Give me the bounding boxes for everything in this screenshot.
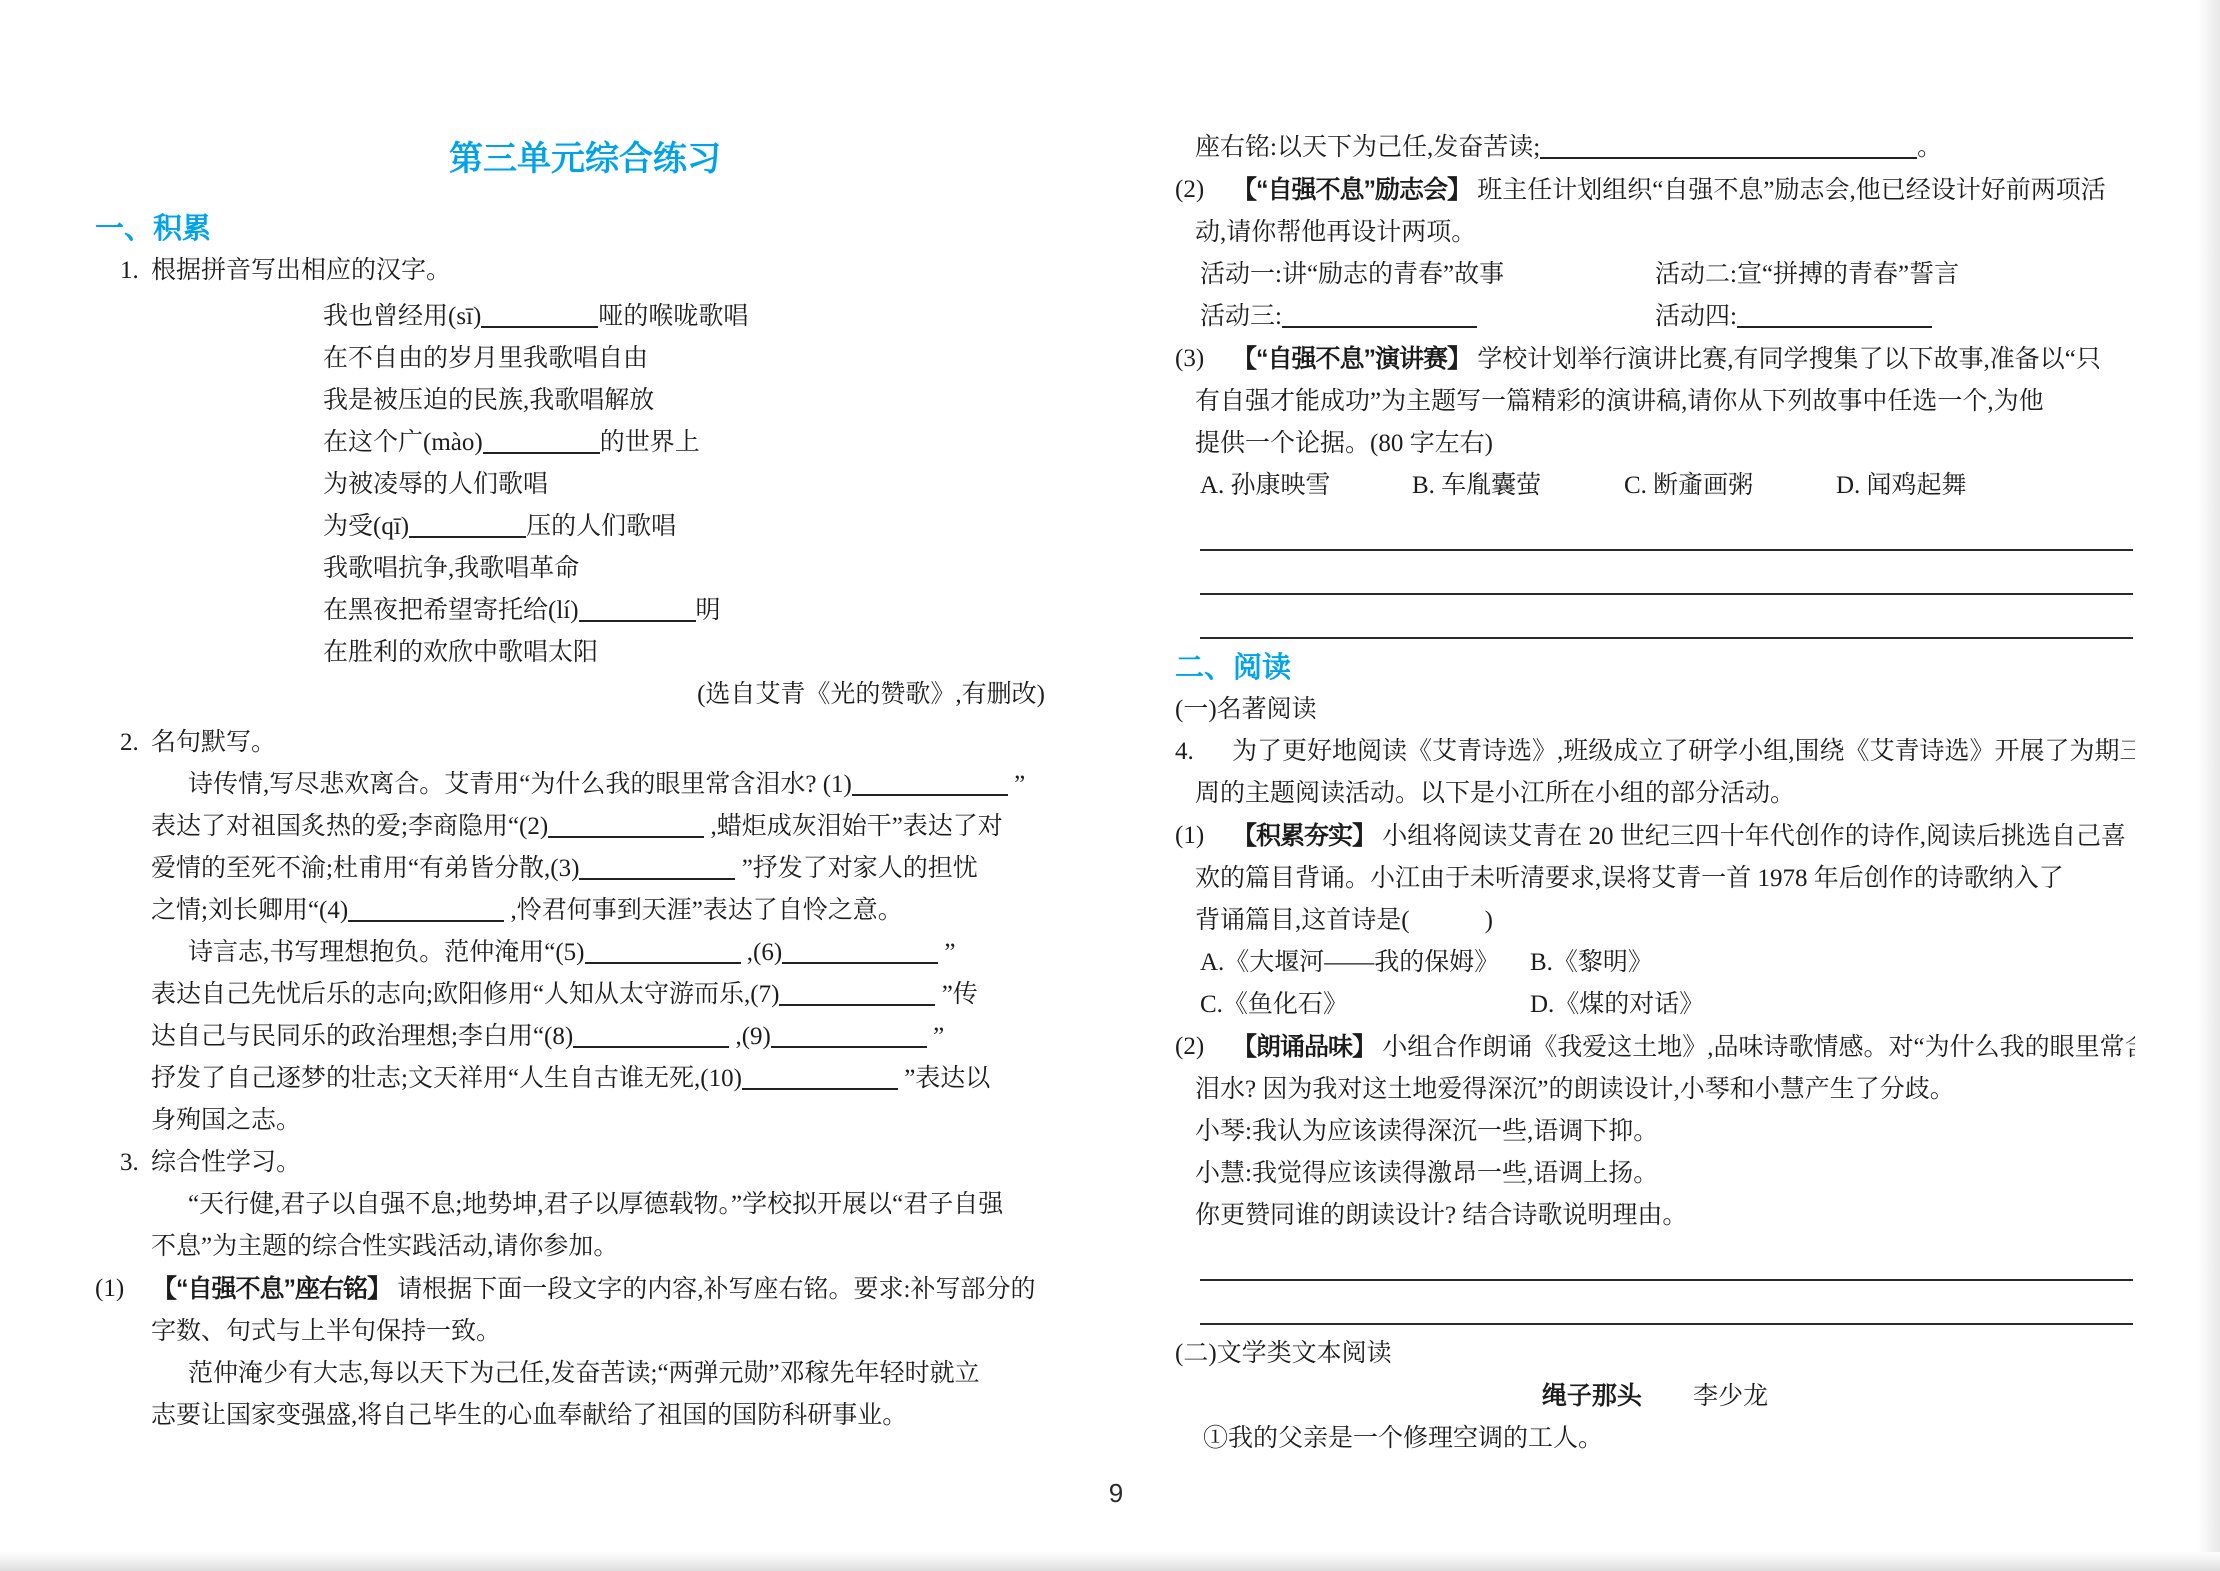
sub-question-number: (2) [1175,169,1204,211]
sub-question-accumulate: (1) 【积累夯实】 小组将阅读艾青在 20 世纪三四十年代创作的诗作,阅读后挑… [1175,815,2135,858]
section-header-reading: 二、阅读 [1175,647,2135,689]
first-paragraph: ①我的父亲是一个修理空调的工人。 [1175,1418,2135,1460]
question-1: 1. 根据拼音写出相应的汉字。 [95,250,1075,292]
activity-item: 活动二:宣“拼搏的青春”誓言 [1655,254,1959,296]
poem-attribution: (选自艾青《光的赞歌》,有删改) [95,674,1075,716]
part-header-literary-text: (二)文学类文本阅读 [1175,1333,2135,1375]
dictation-line: 身殉国之志。 [95,1100,1075,1142]
option-c: C. 断齑画粥 [1624,465,1836,507]
question-number: 3. [120,1142,139,1184]
poem-line: 在黑夜把希望寄托给(lí)明 [323,590,1075,632]
activity-tag: 【朗诵品味】 [1232,1033,1376,1061]
option-a: A.《大堰河——我的保姆》 [1200,942,1530,984]
poem-line: 在这个广(mào)的世界上 [323,422,1075,464]
dictation-line: 诗传情,写尽悲欢离合。艾青用“为什么我的眼里常含泪水? (1) ” [95,764,1075,806]
activity-row: 活动三: 活动四: [1175,296,2135,338]
question-text: 根据拼音写出相应的汉字。 [151,257,451,284]
page-edge-right [2198,0,2220,1571]
dialogue-line: 小琴:我认为应该读得深沉一些,语调下抑。 [1175,1111,2135,1153]
dictation-line: 达自己与民同乐的政治理想;李白用“(8) ,(9) ” [95,1016,1075,1058]
option-row: A.《大堰河——我的保姆》 B.《黎明》 [1175,942,2135,984]
dictation-line: 之情;刘长卿用“(4) ,怜君何事到天涯”表达了自怜之意。 [95,890,1075,932]
activity-item: 活动四: [1655,296,1932,338]
question-3: 3. 综合性学习。 [95,1142,1075,1184]
dictation-line: 抒发了自己逐梦的壮志;文天祥用“人生自古谁无死,(10) ”表达以 [95,1058,1075,1100]
sub-question-continuation: 动,请你帮他再设计两项。 [1175,212,2135,254]
question-2: 2. 名句默写。 [95,722,1075,764]
option-b: B.《黎明》 [1530,942,1653,984]
left-column: 第三单元综合练习 一、积累 1. 根据拼音写出相应的汉字。 我也曾经用(sī)哑… [95,0,1075,1571]
sub-question-continuation: 背诵篇目,这首诗是( ) [1175,900,2135,942]
sub-question-motto: (1) 【“自强不息”座右铭】 请根据下面一段文字的内容,补写座右铭。要求:补写… [95,1268,1075,1311]
page-title: 第三单元综合练习 [95,140,1075,180]
sub-question-continuation: 有自强才能成功”为主题写一篇精彩的演讲稿,请你从下列故事中任选一个,为他 [1175,381,2135,423]
sub-question-number: (2) [1175,1026,1204,1068]
question-number: 4. [1175,731,1194,773]
activity-item: 活动一:讲“励志的青春”故事 [1200,254,1655,296]
activity-tag: 【“自强不息”演讲赛】 [1232,345,1471,373]
sub-question-rally: (2) 【“自强不息”励志会】 班主任计划组织“自强不息”励志会,他已经设计好前… [1175,169,2135,212]
passage-line: 志要让国家变强盛,将自己毕生的心血奉献给了祖国的国防科研事业。 [95,1395,1075,1437]
option-c: C.《鱼化石》 [1200,984,1530,1026]
reading-title-row: 绳子那头 李少龙 [1175,1375,2135,1418]
question-4: 4. 为了更好地阅读《艾青诗选》,班级成立了研学小组,围绕《艾青诗选》开展了为期… [1175,731,2135,773]
dictation-line: 表达自己先忧后乐的志向;欧阳修用“人知从太守游而乐,(7) ”传 [95,974,1075,1016]
option-b: B. 车胤囊萤 [1412,465,1624,507]
poem-line: 在不自由的岁月里我歌唱自由 [323,338,1075,380]
pinyin-poem: 我也曾经用(sī)哑的喉咙歌唱 在不自由的岁月里我歌唱自由 我是被压迫的民族,我… [95,296,1075,674]
section-header-accumulation: 一、积累 [95,208,1075,250]
reading-prompt: 你更赞同谁的朗读设计? 结合诗歌说明理由。 [1175,1195,2135,1237]
answer-rule [1200,1281,2133,1325]
part-header-famous-works: (一)名著阅读 [1175,689,2135,731]
option-d: D.《煤的对话》 [1530,984,1704,1026]
page-edge-bottom [0,1552,2220,1571]
intro-line: 不息”为主题的综合性实践活动,请你参加。 [95,1226,1075,1268]
sub-question-text: 请根据下面一段文字的内容,补写座右铭。要求:补写部分的 [397,1276,1035,1303]
sub-question-text: 学校计划举行演讲比赛,有同学搜集了以下故事,准备以“只 [1477,346,2101,373]
poem-line: 为受(qī)压的人们歌唱 [323,506,1075,548]
story-options: A. 孙康映雪 B. 车胤囊萤 C. 断齑画粥 D. 闻鸡起舞 [1175,465,2135,507]
answer-rule [1200,551,2133,595]
sub-question-continuation: 欢的篇目背诵。小江由于未听清要求,误将艾青一首 1978 年后创作的诗歌纳入了 [1175,858,2135,900]
sub-question-speech: (3) 【“自强不息”演讲赛】 学校计划举行演讲比赛,有同学搜集了以下故事,准备… [1175,338,2135,381]
poem-line: 为被凌辱的人们歌唱 [323,464,1075,506]
dictation-line: 爱情的至死不渝;杜甫用“有弟皆分散,(3) ”抒发了对家人的担忧 [95,848,1075,890]
dialogue-line: 小慧:我觉得应该读得激昂一些,语调上扬。 [1175,1153,2135,1195]
activity-tag: 【“自强不息”励志会】 [1232,176,1471,204]
reading-author: 李少龙 [1693,1383,1768,1410]
sub-question-number: (3) [1175,338,1204,380]
passage-line: 范仲淹少有大志,每以天下为己任,发奋苦读;“两弹元勋”邓稼先年轻时就立 [95,1353,1075,1395]
question-continuation: 周的主题阅读活动。以下是小江所在小组的部分活动。 [1175,773,2135,815]
question-number: 2. [120,722,139,764]
answer-rule [1200,507,2133,551]
answer-rule [1200,595,2133,639]
activity-tag: 【积累夯实】 [1232,822,1376,850]
activity-item: 活动三: [1200,296,1655,338]
option-d: D. 闻鸡起舞 [1836,465,2048,507]
sub-question-recite: (2) 【朗诵品味】 小组合作朗诵《我爱这土地》,品味诗歌情感。对“为什么我的眼… [1175,1026,2135,1069]
question-text: 为了更好地阅读《艾青诗选》,班级成立了研学小组,围绕《艾青诗选》开展了为期三 [1232,738,2135,765]
intro-line: “天行健,君子以自强不息;地势坤,君子以厚德载物。”学校拟开展以“君子自强 [95,1184,1075,1226]
sub-question-continuation: 字数、句式与上半句保持一致。 [95,1311,1075,1353]
sub-question-text: 小组将阅读艾青在 20 世纪三四十年代创作的诗作,阅读后挑选自己喜 [1382,823,2126,850]
question-number: 1. [120,250,139,292]
question-text: 综合性学习。 [151,1149,301,1176]
poem-line: 我也曾经用(sī)哑的喉咙歌唱 [323,296,1075,338]
activity-row: 活动一:讲“励志的青春”故事 活动二:宣“拼搏的青春”誓言 [1175,254,2135,296]
sub-question-text: 小组合作朗诵《我爱这土地》,品味诗歌情感。对“为什么我的眼里常含 [1382,1034,2135,1061]
sub-question-number: (1) [95,1268,124,1310]
reading-title: 绳子那头 [1542,1382,1642,1410]
answer-rule [1200,1237,2133,1281]
right-column: 座右铭:以天下为己任,发奋苦读;。 (2) 【“自强不息”励志会】 班主任计划组… [1175,0,2135,1571]
sub-question-continuation: 泪水? 因为我对这土地爱得深沉”的朗读设计,小琴和小慧产生了分歧。 [1175,1069,2135,1111]
option-row: C.《鱼化石》 D.《煤的对话》 [1175,984,2135,1026]
sub-question-number: (1) [1175,815,1204,857]
dictation-line: 表达了对祖国炙热的爱;李商隐用“(2) ,蜡炬成灰泪始干”表达了对 [95,806,1075,848]
poem-line: 我是被压迫的民族,我歌唱解放 [323,380,1075,422]
page-number: 9 [1096,1478,1136,1508]
sub-question-continuation: 提供一个论据。(80 字左右) [1175,423,2135,465]
dictation-line: 诗言志,书写理想抱负。范仲淹用“(5) ,(6) ” [95,932,1075,974]
motto-line: 座右铭:以天下为己任,发奋苦读;。 [1175,127,2135,169]
poem-line: 我歌唱抗争,我歌唱革命 [323,548,1075,590]
sub-question-text: 班主任计划组织“自强不息”励志会,他已经设计好前两项活 [1477,177,2105,204]
activity-tag: 【“自强不息”座右铭】 [152,1275,391,1303]
question-text: 名句默写。 [151,729,276,756]
option-a: A. 孙康映雪 [1200,465,1412,507]
poem-line: 在胜利的欢欣中歌唱太阳 [323,632,1075,674]
